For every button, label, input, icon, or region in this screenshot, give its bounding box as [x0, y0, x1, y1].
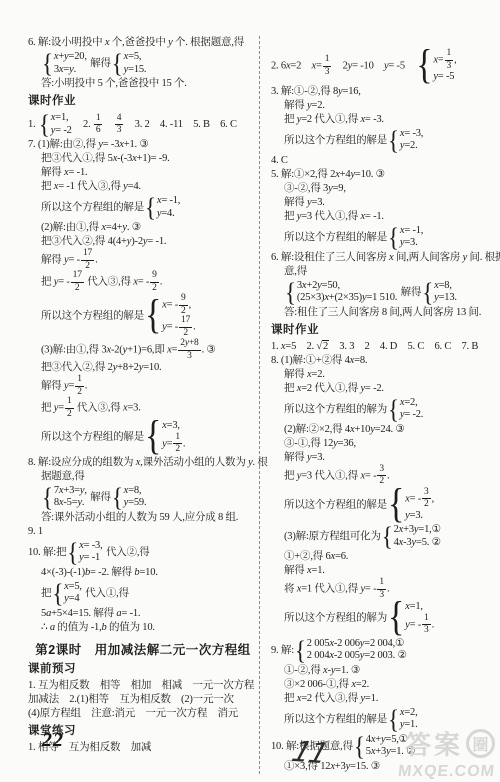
brace-icon: { — [295, 637, 306, 663]
brace-icon: { — [39, 111, 50, 137]
fraction: 92 — [179, 294, 188, 316]
equation-system: {x=8,y=59. — [112, 485, 147, 510]
answer-line: 答:租住了三人间客房 8 间,两人间客房 13 间. — [271, 306, 488, 320]
subsection-heading: 课前预习 — [28, 662, 258, 677]
answer-line: {x+y=20,3x=y. 解得{x=5,y=15. — [28, 50, 258, 77]
fraction: 43 — [115, 114, 124, 136]
right-column: 2. 6x=2 x=13 2y= -10 y= -5 {x=13,y= -53.… — [259, 36, 488, 774]
answer-line: 1. x=5 2. √2 3. 3 2 4. D 5. C 6. C 7. B — [271, 340, 488, 354]
answer-line: ③×2 006-①,得 x=2. — [271, 678, 488, 692]
answer-line: (2)解:②×2,得 4x+10y=24. ③ — [271, 423, 488, 437]
fraction: 32 — [422, 488, 431, 510]
brace-icon: { — [388, 484, 404, 525]
brace-icon: { — [388, 396, 399, 422]
brace-icon: { — [145, 194, 156, 220]
answer-line: 7. (1)解:由②,得 y= -3x+1. ③ — [28, 138, 258, 152]
equation-system: {x= -1,y=3. — [388, 225, 423, 250]
fraction: 172 — [71, 271, 84, 293]
answer-line: 解得 x= -1. — [28, 166, 258, 180]
answer-line: 解得 y=12. — [28, 375, 258, 397]
answer-line: 2. 6x=2 x=13 2y= -10 y= -5 {x=13,y= -5 — [271, 48, 488, 85]
answer-line: 所以这个方程组的解是{x= -3,y=2. — [271, 127, 488, 154]
answer-line: 把 y= -172 代入③,得 x= -92. — [28, 271, 258, 293]
answer-line: 把 y=3 代入①,得 x= -32. — [271, 465, 488, 487]
brace-icon: { — [416, 46, 432, 87]
watermark: 答案圈 MXQE.COM — [398, 725, 495, 781]
right-column-lines: 2. 6x=2 x=13 2y= -10 y= -5 {x=13,y= -53.… — [271, 48, 488, 774]
equation-system: {7x+3=y,8x-5=y. — [42, 485, 87, 510]
fraction: 172 — [179, 316, 192, 338]
watermark-text: 答案 — [405, 725, 463, 762]
answer-line: 所以这个方程组的解是{x=3,y=12. — [28, 419, 258, 456]
answer-line: 6. 解:设租住了三人间客房 x 间,两人间客房 y 间. 根据题 — [271, 251, 488, 265]
fraction: 172 — [81, 249, 94, 271]
fraction: 12 — [65, 397, 74, 419]
answer-line: 8. 解:设应分成的组数为 x,课外活动小组的人数为 y. 根 — [28, 456, 258, 470]
equation-system: {x= -1,y=4. — [145, 195, 180, 220]
equation-system: {2x+3y=1,①4x-3y=5. ② — [382, 524, 441, 549]
answer-line: 8. (1)解:①+②得 4x=8. — [271, 354, 488, 368]
answer-line: 解得 y=2. — [271, 99, 488, 113]
fraction: 13 — [323, 55, 332, 77]
equation-system: {2 005x-2 006y=2 004,①2 004x-2 005y=2 00… — [295, 638, 407, 663]
answer-line: 解得 y= -172. — [28, 249, 258, 271]
brace-icon: { — [42, 50, 53, 76]
answer-line: 6. 解:设小明投中 x 个,爸爸投中 y 个. 根据题意,得 — [28, 36, 258, 50]
answer-line: 所以这个方程组的解是{x= -32,y=3. — [271, 487, 488, 524]
answer-line: 将 x=1 代入①,得 y= -13. — [271, 578, 488, 600]
answer-line: 9. 1 — [28, 525, 258, 539]
equation-system: {x=13,y= -5 — [416, 49, 456, 84]
equation-system: {x=5,y=15. — [112, 51, 147, 76]
watermark-logo: 答案圈 — [398, 725, 495, 762]
brace-icon: { — [42, 484, 53, 510]
answer-line: 把 y=3 代入①,得 x= -1. — [271, 210, 488, 224]
answer-line: 把 y=12 代入③,得 x=3. — [28, 397, 258, 419]
brace-icon: { — [145, 296, 161, 337]
two-column-layout: 6. 解:设小明投中 x 个,爸爸投中 y 个. 根据题意,得{x+y=20,3… — [0, 0, 500, 774]
answer-line: 把③代入①,得 5x-(-3x+1)= -9. — [28, 152, 258, 166]
fraction: 12 — [75, 375, 84, 397]
answer-line: 答:课外活动小组的人数为 59 人,应分成 8 组. — [28, 511, 258, 525]
answer-line: 把 x= -1 代入③,得 y=4. — [28, 180, 258, 194]
answer-line: 所以这个方程组的解为{x=1,y= -13. — [271, 600, 488, 637]
answer-line: 解得 y=3. — [271, 196, 488, 210]
answer-line: 解得 x=2. — [271, 368, 488, 382]
equation-system: {x=2,y= -2. — [388, 397, 423, 422]
answer-line: 所以这个方程组的解是{x= -92,y= -172. — [28, 293, 258, 339]
answer-line: 把{x=5,y=4 代入①,得 — [28, 580, 258, 607]
fraction: 13 — [377, 578, 386, 600]
answer-line: 答:小明投中 5 个,爸爸投中 15 个. — [28, 77, 258, 91]
brace-icon: { — [67, 539, 78, 565]
left-column-lines: 6. 解:设小明投中 x 个,爸爸投中 y 个. 根据题意,得{x+y=20,3… — [28, 36, 258, 755]
equation-system: {x+y=20,3x=y. — [42, 51, 87, 76]
brace-icon: { — [388, 224, 399, 250]
fraction: 32 — [377, 465, 386, 487]
answer-line: 所以这个方程组的解为{x=2,y= -2. — [271, 396, 488, 423]
answer-line: (2)解:由①,得 x=4+y. ③ — [28, 221, 258, 235]
brace-icon: { — [52, 580, 63, 606]
scanned-answer-page: 6. 解:设小明投中 x 个,爸爸投中 y 个. 根据题意,得{x+y=20,3… — [0, 0, 500, 782]
answer-line: 意,得 — [271, 265, 488, 279]
answer-line: ①+②,得 6x=6. — [271, 550, 488, 564]
answer-line: ∴ a 的值为 -1,b 的值为 10. — [28, 621, 258, 635]
brace-icon: { — [285, 279, 296, 305]
page-number: 22 — [42, 729, 64, 752]
brace-icon: { — [145, 417, 161, 458]
answer-line: ③-①,得 12y=36, — [271, 437, 488, 451]
equation-system: {x=3,y=12. — [145, 420, 185, 455]
equation-system: {x=8,y=13. — [422, 280, 457, 305]
answer-line: 1. {x=1,y= -2 2. 16 43 3. 2 4. -11 5. B … — [28, 111, 258, 138]
answer-line: (3)解:由①,得 3x-2(y+1)=6,即 x=2y+83. ③ — [28, 339, 258, 361]
equation-system: {x= -3,y=2. — [388, 128, 423, 153]
fraction: 13 — [445, 49, 454, 71]
answer-line: 10. 解:把{x= -3,y= -1 代入②,得 — [28, 539, 258, 566]
watermark-circle-icon: 圈 — [466, 729, 495, 758]
answer-line: 4. C — [271, 154, 488, 168]
subsection-heading: 课时作业 — [28, 94, 258, 109]
answer-line: (3)解:原方程组可化为{2x+3y=1,①4x-3y=5. ② — [271, 523, 488, 550]
answer-line: 解得 y=3. — [271, 451, 488, 465]
brace-icon: { — [388, 127, 399, 153]
fraction: 16 — [94, 114, 103, 136]
answer-line: 所以这个方程组的解是{x= -1,y=3. — [271, 224, 488, 251]
answer-line: 5a+5×4=15. 解得 a= -1. — [28, 607, 258, 621]
answer-line: ③-②,得 3y=9, — [271, 182, 488, 196]
brace-icon: { — [388, 598, 404, 639]
answer-line: {7x+3=y,8x-5=y. 解得{x=8,y=59. — [28, 484, 258, 511]
answer-line: 所以这个方程组的解是{x= -1,y=4. — [28, 194, 258, 221]
answer-line: 4×(-3)-(-1)b= -2. 解得 b=10. — [28, 566, 258, 580]
equation-system: {x= -3,y= -1 — [67, 540, 102, 565]
answer-line: ①-②,得 x-y=1. ③ — [271, 664, 488, 678]
answer-line: 5. 解:①×2,得 2x+4y=10. ③ — [271, 168, 488, 182]
fraction: 92 — [150, 271, 159, 293]
answer-line: 加减法 2.(1)相等 互为相反数 (2)一元一次 — [28, 693, 258, 707]
subsection-heading: 课时作业 — [271, 323, 488, 338]
brace-icon: { — [112, 484, 123, 510]
equation-system: {x=1,y= -13. — [388, 601, 434, 636]
equation-system: {3x+2y=50,(25×3)x+(2×35)y=1 510. — [285, 280, 397, 305]
answer-line: 9. 解:{2 005x-2 006y=2 004,①2 004x-2 005y… — [271, 637, 488, 664]
answer-line: 据题意,得 — [28, 470, 258, 484]
answer-line: 解得 x=1. — [271, 564, 488, 578]
answer-line: {3x+2y=50,(25×3)x+(2×35)y=1 510. 解得{x=8,… — [271, 279, 488, 306]
answer-line: 3. 解:①-②,得 8y=16, — [271, 85, 488, 99]
answer-line: 把③代入②,得 4(4+y)-2y= -1. — [28, 235, 258, 249]
brace-icon: { — [112, 50, 123, 76]
answer-line: 把 x=2 代入③,得 y=1. — [271, 692, 488, 706]
equation-system: {x= -32,y=3. — [388, 488, 434, 523]
answer-line: 把③代入②,得 2y+8+2y=10. — [28, 361, 258, 375]
section-title: 第2课时 用加减法解二元一次方程组 — [28, 642, 258, 658]
fraction: 13 — [422, 614, 431, 636]
left-column: 6. 解:设小明投中 x 个,爸爸投中 y 个. 根据题意,得{x+y=20,3… — [28, 36, 258, 755]
answer-line: 把 x=2 代入①,得 y= -2. — [271, 382, 488, 396]
answer-line: 1. 互为相反数 相等 相加 相减 一元一次方程 — [28, 679, 258, 693]
fraction: 2y+83 — [178, 339, 200, 361]
watermark-site-text: MXQE.COM — [397, 763, 496, 781]
fraction: 12 — [173, 433, 182, 455]
answer-line: (4)原方程组 注意:消元 一元一次方程 消元 — [28, 707, 258, 721]
equation-system: {x=1,y= -2 — [39, 112, 72, 137]
equation-system: {x=5,y=4 — [52, 581, 82, 606]
brace-icon: { — [382, 523, 393, 549]
answer-line: 把 y=2 代入①,得 x= -3. — [271, 113, 488, 127]
sqrt-expression: √2 — [316, 340, 329, 354]
brace-icon: { — [422, 279, 433, 305]
brace-icon: { — [354, 733, 365, 759]
equation-system: {x= -92,y= -172. — [145, 294, 196, 338]
